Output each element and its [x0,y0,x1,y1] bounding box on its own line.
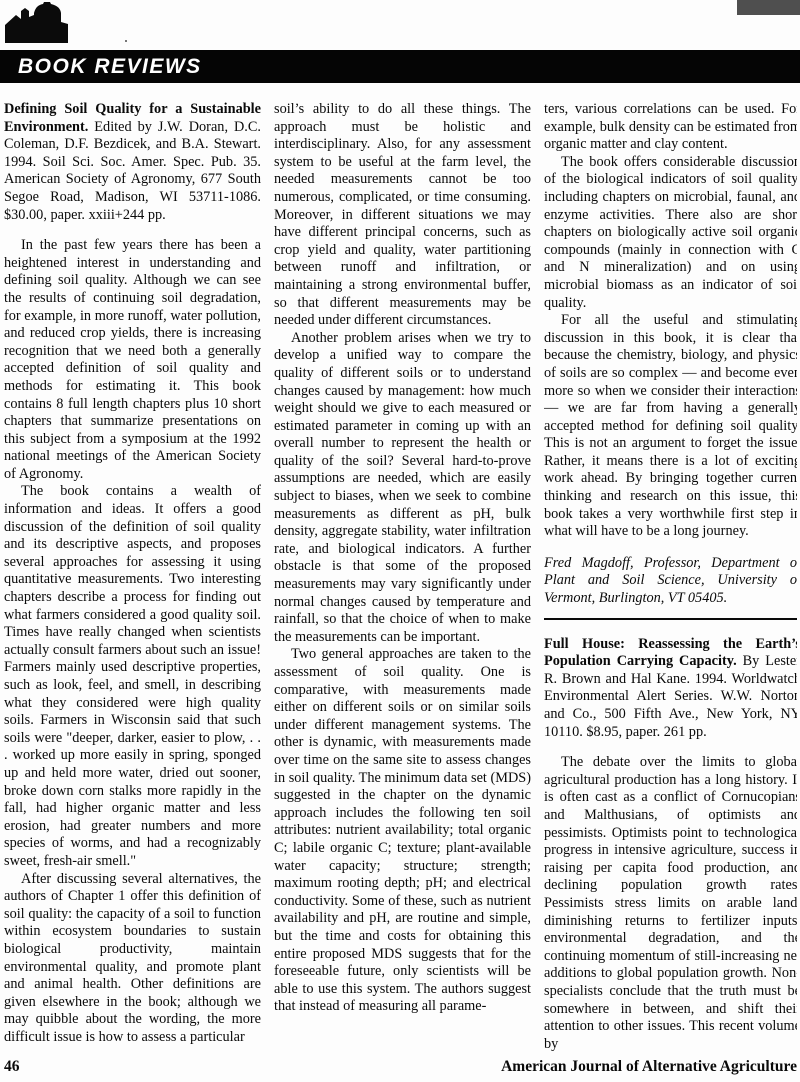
review-paragraph: The book offers considerable discussion … [544,154,797,312]
section-divider [544,618,797,620]
review-paragraph: ters, various correlations can be used. … [544,101,797,154]
review-paragraph: soil’s ability to do all these things. T… [274,101,531,330]
scan-speck-artifact [125,40,127,42]
review-paragraph: The book contains a wealth of informatio… [4,483,261,870]
page-footer: 46 American Journal of Alternative Agric… [4,1058,797,1076]
review-paragraph: Another problem arises when we try to de… [274,330,531,647]
review-paragraph: After discussing several alternatives, t… [4,871,261,1047]
book-citation-2: Full House: Reassessing the Earth’s Popu… [544,636,797,742]
column-1: Defining Soil Quality for a Sustainable … [4,101,261,1056]
review-paragraph: The debate over the limits to global agr… [544,754,797,1053]
section-title: BOOK REVIEWS [0,50,202,83]
review-paragraph: In the past few years there has been a h… [4,237,261,483]
journal-title: American Journal of Alternative Agricult… [501,1058,797,1076]
scan-edge-artifact [737,0,800,15]
journal-page: BOOK REVIEWS Defining Soil Quality for a… [0,0,800,1082]
book-reviews-header-bar: BOOK REVIEWS [0,50,800,83]
column-3: ters, various correlations can be used. … [544,101,797,1056]
review-paragraph: Two general approaches are taken to the … [274,646,531,1015]
book-citation-1: Defining Soil Quality for a Sustainable … [4,101,261,224]
column-2: soil’s ability to do all these things. T… [274,101,531,1056]
farm-logo-icon [4,2,70,44]
review-content: Defining Soil Quality for a Sustainable … [4,101,797,1056]
page-number: 46 [4,1058,20,1076]
review-paragraph: For all the useful and stimulating discu… [544,312,797,541]
reviewer-signature: Fred Magdoff, Professor, Department of P… [544,555,797,608]
